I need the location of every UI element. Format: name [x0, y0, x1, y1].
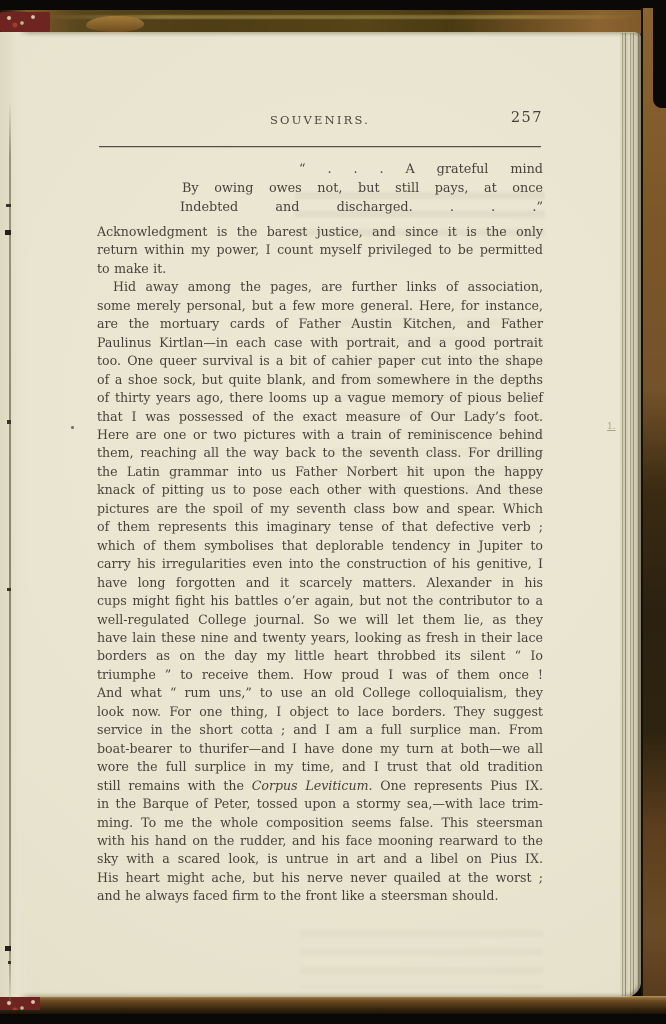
- page-header: SOUVENIRS. 257: [97, 110, 543, 130]
- text-line: By owing owes not, but still pays, at on…: [97, 180, 543, 199]
- text-line: ming. To me the whole composition seems …: [97, 814, 543, 832]
- paragraph: Hid away among the pages, are further li…: [97, 278, 543, 905]
- text-line: still remains with the Corpus Leviticum.…: [97, 777, 543, 795]
- text-line: with his hand on the rudder, and his fac…: [97, 832, 543, 850]
- text-line: Indebted and discharged. . . .”: [97, 199, 543, 218]
- printed-content: SOUVENIRS. 257 “ . . . A grateful mindBy…: [0, 32, 640, 997]
- text-line: and he always faced firm to the front li…: [97, 887, 543, 905]
- text-line: the Latin grammar into us Father Norbert…: [97, 463, 543, 481]
- book-cover-right-edge: [641, 8, 666, 1012]
- marbled-edge-top-left: [0, 12, 50, 32]
- text-line: of a shoe sock, but quite blank, and fro…: [97, 371, 543, 389]
- text-line: cups might fight his battles o’er again,…: [97, 592, 543, 610]
- book-page: SOUVENIRS. 257 “ . . . A grateful mindBy…: [0, 32, 640, 997]
- text-line: sky with a scared look, is untrue in art…: [97, 850, 543, 868]
- text-line: some merely personal, but a few more gen…: [97, 297, 543, 315]
- text-line: carry his irregularities even into the c…: [97, 555, 543, 573]
- text-line: service in the short cotta ; and I am a …: [97, 721, 543, 739]
- text-line: are the mortuary cards of Father Austin …: [97, 315, 543, 333]
- text-line: have long forgotten and it scarcely matt…: [97, 574, 543, 592]
- text-line: of them represents this imaginary tense …: [97, 518, 543, 536]
- text-line: them, reaching all the way back to the s…: [97, 444, 543, 462]
- epigraph-verse: “ . . . A grateful mindBy owing owes not…: [97, 161, 543, 217]
- text-line: triumphe ” to receive them. How proud I …: [97, 666, 543, 684]
- text-line: wore the full surplice in my time, and I…: [97, 758, 543, 776]
- text-line: look now. For one thing, I object to lac…: [97, 703, 543, 721]
- ink-spot: [71, 426, 74, 429]
- text-line: knack of pitting us to pose each other w…: [97, 481, 543, 499]
- paragraph: Acknowledgment is the barest justice, an…: [97, 223, 543, 278]
- book-cover-bottom-edge: [0, 996, 666, 1014]
- text-line: Paulinus Kirtlan—in each case with portr…: [97, 334, 543, 352]
- margin-mark: 1.: [607, 422, 616, 432]
- book-photo: SOUVENIRS. 257 “ . . . A grateful mindBy…: [0, 0, 666, 1024]
- text-line: Hid away among the pages, are further li…: [97, 278, 543, 296]
- header-rule: [99, 146, 541, 147]
- text-line: And what “ rum uns,” to use an old Colle…: [97, 684, 543, 702]
- text-line: return within my power, I count myself p…: [97, 241, 543, 259]
- text-line: well-regulated College journal. So we wi…: [97, 611, 543, 629]
- text-line: His heart might ache, but his nerve neve…: [97, 869, 543, 887]
- text-line: which of them symbolises that deplorable…: [97, 537, 543, 555]
- text-line: have lain these nine and twenty years, l…: [97, 629, 543, 647]
- text-line: Here are one or two pictures with a trai…: [97, 426, 543, 444]
- background-corner: [653, 0, 666, 108]
- running-title: SOUVENIRS.: [97, 113, 543, 127]
- page-stack-edge: [620, 33, 641, 996]
- body-text: Acknowledgment is the barest justice, an…: [97, 223, 543, 906]
- text-line: too. One queer survival is a bit of cahi…: [97, 352, 543, 370]
- page-number: 257: [511, 110, 543, 126]
- text-line: of thirty years ago, there looms up a va…: [97, 389, 543, 407]
- text-line: to make it.: [97, 260, 543, 278]
- headband-cap: [86, 16, 144, 32]
- text-line: that I was possessed of the exact measur…: [97, 408, 543, 426]
- text-line: boat-bearer to thurifer—and I have done …: [97, 740, 543, 758]
- text-line: in the Barque of Peter, tossed upon a st…: [97, 795, 543, 813]
- text-line: borders as on the day my little heart th…: [97, 647, 543, 665]
- text-line: Acknowledgment is the barest justice, an…: [97, 223, 543, 241]
- marbled-edge-bottom-left: [0, 997, 40, 1010]
- text-line: pictures are the spoil of my seventh cla…: [97, 500, 543, 518]
- text-line: “ . . . A grateful mind: [97, 161, 543, 180]
